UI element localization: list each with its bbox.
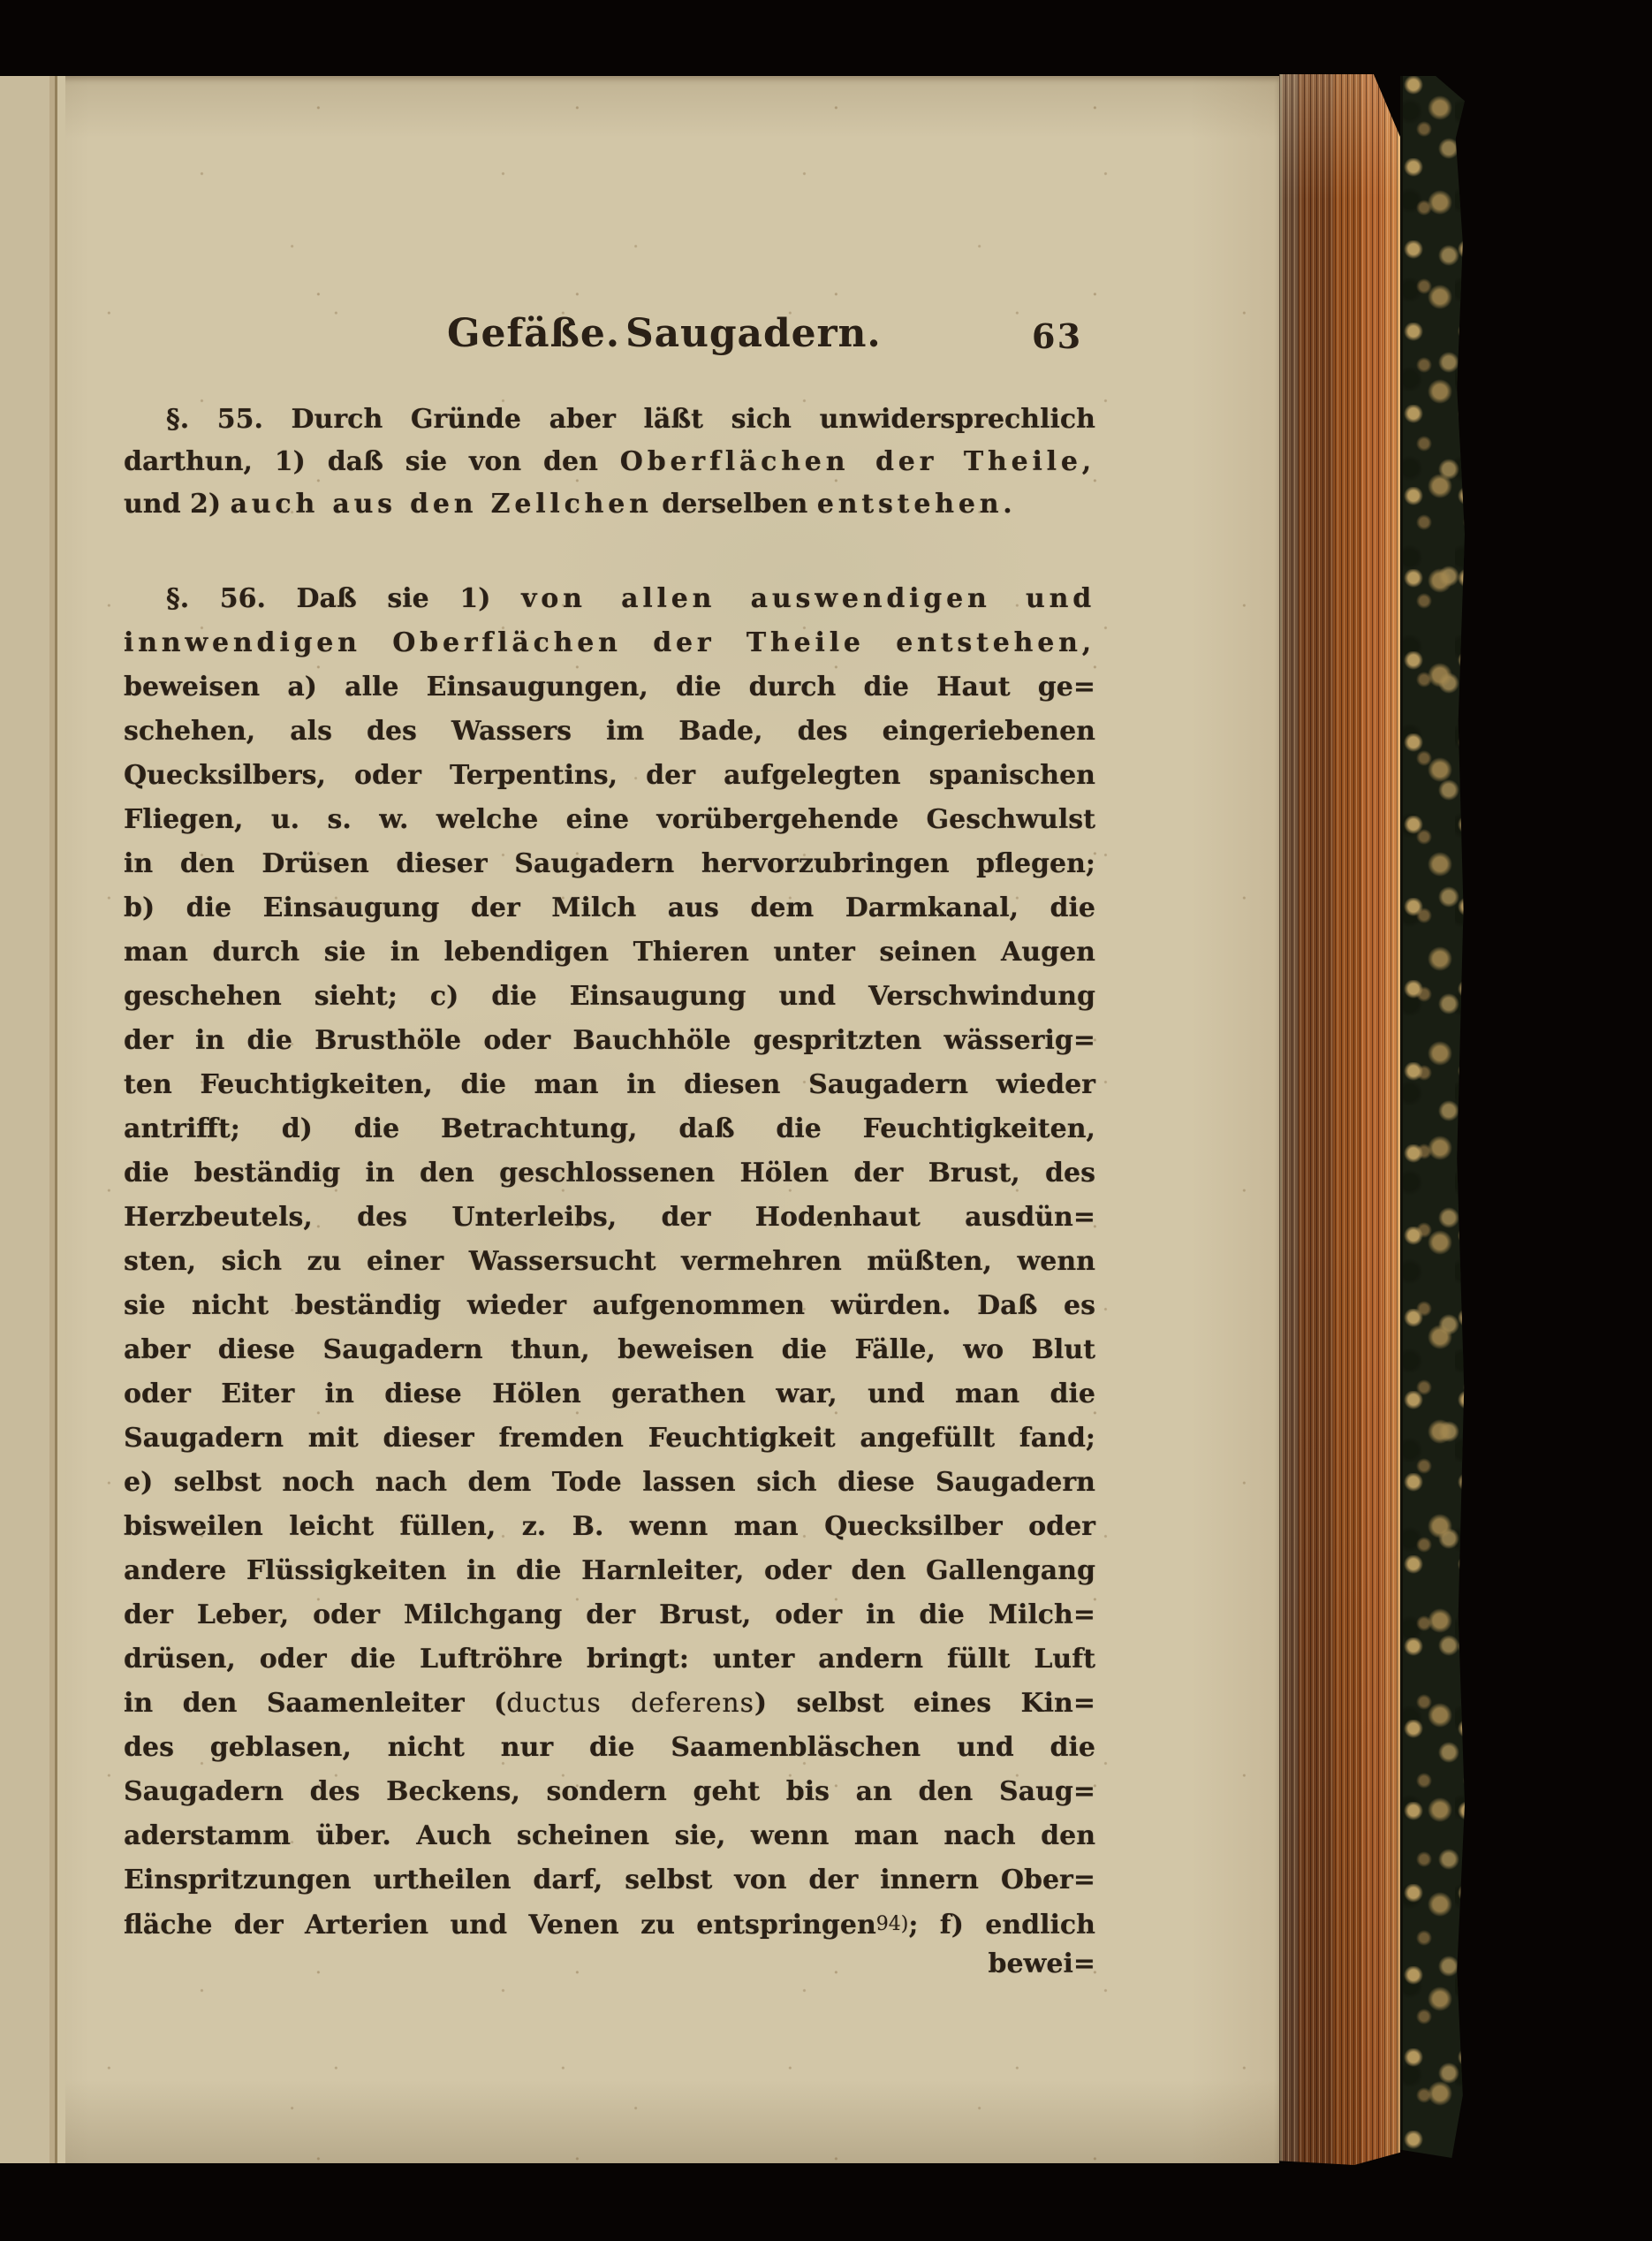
text-segment: auch aus den Zellchen (231, 489, 653, 520)
text-segment: §. 56. Daß sie 1) (166, 583, 521, 614)
text-segment: fläche der Arterien und Venen zu entspri… (124, 1910, 876, 1941)
text-segment: des geblasen, nicht nur die Saamenbläsch… (124, 1732, 1095, 1763)
running-header: Gefäße. Saugadern. 63 (124, 311, 1095, 361)
text-segment: die beständig in den geschlossenen Hölen… (124, 1158, 1095, 1189)
text-line: antrifft; d) die Betrachtung, daß die Fe… (124, 1107, 1095, 1151)
text-line: Quecksilbers, oder Terpentins, der aufge… (124, 754, 1095, 798)
text-segment: darthun, 1) daß sie von den (124, 446, 620, 477)
paragraph-56: §. 56. Daß sie 1) von allen auswendigen … (124, 577, 1095, 1947)
photo-background: Gefäße. Saugadern. 63 §. 55. Durch Gründ… (0, 0, 1652, 2241)
text-segment: der Leber, oder Milchgang der Brust, ode… (124, 1599, 1095, 1630)
text-line: Fliegen, u. s. w. welche eine vorübergeh… (124, 798, 1095, 842)
text-line: Einspritzungen urtheilen darf, selbst vo… (124, 1858, 1095, 1903)
text-segment: aderstamm über. Auch scheinen sie, wenn … (124, 1820, 1095, 1851)
text-segment: und 2) (124, 489, 231, 520)
text-segment: 94) (876, 1913, 909, 1935)
text-line: Saugadern des Beckens, sondern geht bis … (124, 1770, 1095, 1814)
text-segment: von allen auswendigen und (521, 583, 1095, 614)
text-line: die beständig in den geschlossenen Hölen… (124, 1151, 1095, 1196)
text-segment: b) die Einsaugung der Milch aus dem Darm… (124, 893, 1095, 923)
text-line: schehen, als des Wassers im Bade, des ei… (124, 710, 1095, 754)
text-line: b) die Einsaugung der Milch aus dem Darm… (124, 886, 1095, 931)
text-line: beweisen a) alle Einsaugungen, die durch… (124, 665, 1095, 710)
text-line: sie nicht beständig wieder aufgenommen w… (124, 1284, 1095, 1328)
text-segment: Herzbeutels, des Unterleibs, der Hodenha… (124, 1202, 1095, 1233)
text-segment: innwendigen Oberflächen der Theile entst… (124, 627, 1095, 658)
text-line: drüsen, oder die Luftröhre bringt: unter… (124, 1637, 1095, 1682)
text-segment: Einspritzungen urtheilen darf, selbst vo… (124, 1865, 1095, 1895)
text-segment: geschehen sieht; c) die Einsaugung und V… (124, 981, 1095, 1012)
paragraph-55: §. 55. Durch Gründe aber läßt sich unwid… (124, 399, 1095, 526)
text-segment: entstehen. (817, 489, 1017, 520)
text-line: ten Feuchtigkeiten, die man in diesen Sa… (124, 1063, 1095, 1107)
text-segment: bisweilen leicht füllen, z. B. wenn man … (124, 1511, 1095, 1542)
marbled-cover-edge (1400, 76, 1465, 2158)
text-line: in den Drüsen dieser Saugadern hervorzub… (124, 842, 1095, 886)
text-segment: beweisen a) alle Einsaugungen, die durch… (124, 672, 1095, 703)
text-line: innwendigen Oberflächen der Theile entst… (124, 621, 1095, 665)
text-line: geschehen sieht; c) die Einsaugung und V… (124, 975, 1095, 1019)
text-segment: Oberflächen der Theile, (620, 446, 1095, 477)
text-line: der Leber, oder Milchgang der Brust, ode… (124, 1593, 1095, 1637)
text-segment: Saugadern mit dieser fremden Feuchtigkei… (124, 1423, 1095, 1454)
text-line: man durch sie in lebendigen Thieren unte… (124, 931, 1095, 975)
text-segment: e) selbst noch nach dem Tode lassen sich… (124, 1467, 1095, 1498)
page-text-layer: Gefäße. Saugadern. 63 §. 55. Durch Gründ… (0, 76, 1279, 2163)
text-line: aber diese Saugadern thun, beweisen die … (124, 1328, 1095, 1372)
text-segment: antrifft; d) die Betrachtung, daß die Fe… (124, 1113, 1095, 1144)
text-line: Saugadern mit dieser fremden Feuchtigkei… (124, 1417, 1095, 1461)
text-segment: der in die Brusthöle oder Bauchhöle gesp… (124, 1025, 1095, 1056)
text-line: e) selbst noch nach dem Tode lassen sich… (124, 1461, 1095, 1505)
text-segment: Saugadern des Beckens, sondern geht bis … (124, 1776, 1095, 1807)
text-line: andere Flüssigkeiten in die Harnleiter, … (124, 1549, 1095, 1593)
text-line: der in die Brusthöle oder Bauchhöle gesp… (124, 1019, 1095, 1063)
text-line: Herzbeutels, des Unterleibs, der Hodenha… (124, 1196, 1095, 1240)
running-header-section: Gefäße. (447, 311, 620, 356)
text-segment: schehen, als des Wassers im Bade, des ei… (124, 716, 1095, 747)
text-line: in den Saamenleiter (ductus deferens) se… (124, 1682, 1095, 1726)
text-line: sten, sich zu einer Wassersucht vermehre… (124, 1240, 1095, 1284)
text-segment: sten, sich zu einer Wassersucht vermehre… (124, 1246, 1095, 1277)
text-segment: ) selbst eines Kin= (754, 1688, 1095, 1719)
text-segment: ductus deferens (506, 1688, 754, 1719)
text-segment: §. 55. Durch Gründe aber läßt sich unwid… (166, 404, 1095, 435)
text-line: aderstamm über. Auch scheinen sie, wenn … (124, 1814, 1095, 1858)
book-page: Gefäße. Saugadern. 63 §. 55. Durch Gründ… (0, 76, 1279, 2163)
text-segment: aber diese Saugadern thun, beweisen die … (124, 1334, 1095, 1365)
text-segment: in den Drüsen dieser Saugadern hervorzub… (124, 848, 1095, 879)
text-line: §. 56. Daß sie 1) von allen auswendigen … (124, 577, 1095, 621)
text-line: darthun, 1) daß sie von den Oberflächen … (124, 441, 1095, 483)
text-line: und 2) auch aus den Zellchen derselben e… (124, 483, 1095, 526)
text-segment: derselben (653, 489, 817, 520)
text-segment: drüsen, oder die Luftröhre bringt: unter… (124, 1644, 1095, 1675)
text-segment: man durch sie in lebendigen Thieren unte… (124, 937, 1095, 968)
text-line: bisweilen leicht füllen, z. B. wenn man … (124, 1505, 1095, 1549)
page-number: 63 (1032, 316, 1082, 356)
running-header-topic: Saugadern. (625, 311, 882, 356)
text-segment: andere Flüssigkeiten in die Harnleiter, … (124, 1555, 1095, 1586)
catchword: bewei= (124, 1949, 1095, 1979)
book-fore-edge (1279, 74, 1400, 2165)
text-line: §. 55. Durch Gründe aber läßt sich unwid… (124, 399, 1095, 441)
text-segment: Fliegen, u. s. w. welche eine vorübergeh… (124, 804, 1095, 835)
text-line: fläche der Arterien und Venen zu entspri… (124, 1903, 1095, 1947)
text-line: oder Eiter in diese Hölen gerathen war, … (124, 1372, 1095, 1417)
text-segment: oder Eiter in diese Hölen gerathen war, … (124, 1379, 1095, 1409)
text-segment: ; f) endlich (908, 1910, 1095, 1941)
text-line: des geblasen, nicht nur die Saamenbläsch… (124, 1726, 1095, 1770)
text-segment: in den Saamenleiter ( (124, 1688, 506, 1719)
text-segment: ten Feuchtigkeiten, die man in diesen Sa… (124, 1069, 1095, 1100)
text-segment: Quecksilbers, oder Terpentins, der aufge… (124, 760, 1095, 791)
text-segment: sie nicht beständig wieder aufgenommen w… (124, 1290, 1095, 1321)
